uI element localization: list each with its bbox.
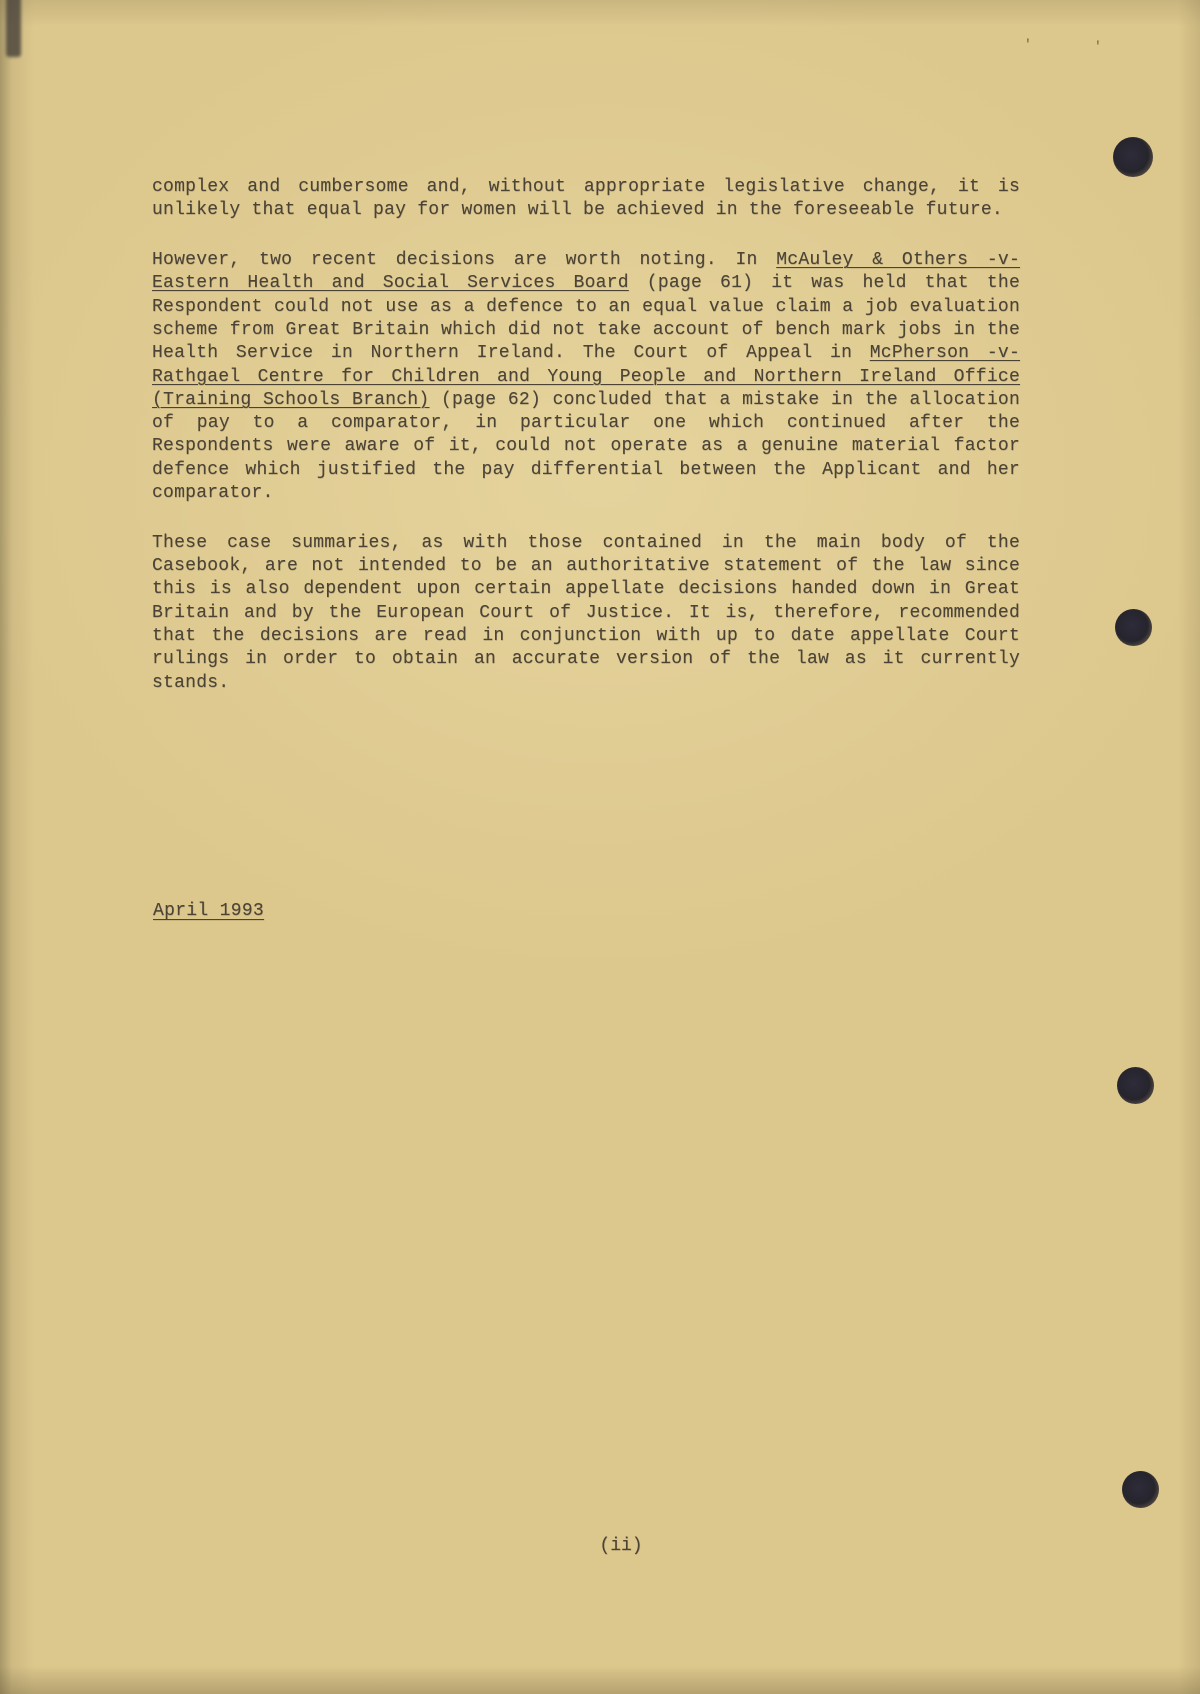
paragraph: These case summaries, as with those cont… <box>152 532 1020 695</box>
underlined-citation: Eastern Health and Social Services Board <box>152 273 629 293</box>
text-run: complex and cumbersome and, without appr… <box>152 177 1020 197</box>
text-line: complex and cumbersome and, without appr… <box>152 176 1020 199</box>
scan-corner-mark <box>6 0 21 57</box>
text-line: Health Service in Northern Ireland. The … <box>152 342 1020 365</box>
document-body: complex and cumbersome and, without appr… <box>152 176 1020 721</box>
text-run: rulings in order to obtain an accurate v… <box>152 649 1020 669</box>
text-run: Britain and by the European Court of Jus… <box>152 603 1020 623</box>
text-run: unlikely that equal pay for women will b… <box>152 200 1003 220</box>
text-run: Respondents were aware of it, could not … <box>152 436 1020 456</box>
text-run: defence which justified the pay differen… <box>152 460 1020 480</box>
scan-speck: ' <box>1094 40 1102 53</box>
scan-speck: ' <box>1024 38 1032 51</box>
paragraph: complex and cumbersome and, without appr… <box>152 176 1020 223</box>
text-line: that the decisions are read in conjuncti… <box>152 625 1020 648</box>
hole-punch-dot <box>1115 609 1152 646</box>
hole-punch-dot <box>1122 1471 1159 1508</box>
text-run: scheme from Great Britain which did not … <box>152 320 1020 340</box>
text-line: scheme from Great Britain which did not … <box>152 319 1020 342</box>
text-run: However, two recent decisions are worth … <box>152 250 776 270</box>
text-line: These case summaries, as with those cont… <box>152 532 1020 555</box>
text-line: However, two recent decisions are worth … <box>152 249 1020 272</box>
text-line: Casebook, are not intended to be an auth… <box>152 555 1020 578</box>
date-line: April 1993 <box>153 901 264 921</box>
underlined-citation: McPherson -v- <box>870 343 1020 363</box>
text-run: (page 62) concluded that a mistake in th… <box>429 390 1020 410</box>
text-line: of pay to a comparator, in particular on… <box>152 412 1020 435</box>
hole-punch-dot <box>1117 1067 1154 1104</box>
underlined-citation: (Training Schools Branch) <box>152 390 429 410</box>
text-run: stands. <box>152 673 229 693</box>
page-number: (ii) <box>0 1536 1200 1556</box>
text-line: comparator. <box>152 482 1020 505</box>
text-line: (Training Schools Branch) (page 62) conc… <box>152 389 1020 412</box>
text-line: Eastern Health and Social Services Board… <box>152 272 1020 295</box>
text-run: of pay to a comparator, in particular on… <box>152 413 1020 433</box>
text-run: that the decisions are read in conjuncti… <box>152 626 1020 646</box>
text-run: These case summaries, as with those cont… <box>152 533 1020 553</box>
text-line: stands. <box>152 672 1020 695</box>
text-line: Britain and by the European Court of Jus… <box>152 602 1020 625</box>
text-line: Respondent could not use as a defence to… <box>152 296 1020 319</box>
text-run: comparator. <box>152 483 274 503</box>
scanned-document-page: { "colors": { "paper": "#dcc78c", "ink":… <box>0 0 1200 1694</box>
text-run: this is also dependent upon certain appe… <box>152 579 1020 599</box>
hole-punch-dot <box>1113 137 1153 177</box>
text-line: this is also dependent upon certain appe… <box>152 578 1020 601</box>
text-line: Rathgael Centre for Children and Young P… <box>152 366 1020 389</box>
text-line: rulings in order to obtain an accurate v… <box>152 648 1020 671</box>
text-line: Respondents were aware of it, could not … <box>152 435 1020 458</box>
underlined-citation: Rathgael Centre for Children and Young P… <box>152 367 1020 387</box>
text-line: defence which justified the pay differen… <box>152 459 1020 482</box>
text-run: Health Service in Northern Ireland. The … <box>152 343 870 363</box>
text-run: Casebook, are not intended to be an auth… <box>152 556 1020 576</box>
text-line: unlikely that equal pay for women will b… <box>152 199 1020 222</box>
paragraph: However, two recent decisions are worth … <box>152 249 1020 505</box>
text-run: (page 61) it was held that the <box>629 273 1020 293</box>
underlined-citation: McAuley & Others -v- <box>776 250 1020 270</box>
text-run: Respondent could not use as a defence to… <box>152 297 1020 317</box>
